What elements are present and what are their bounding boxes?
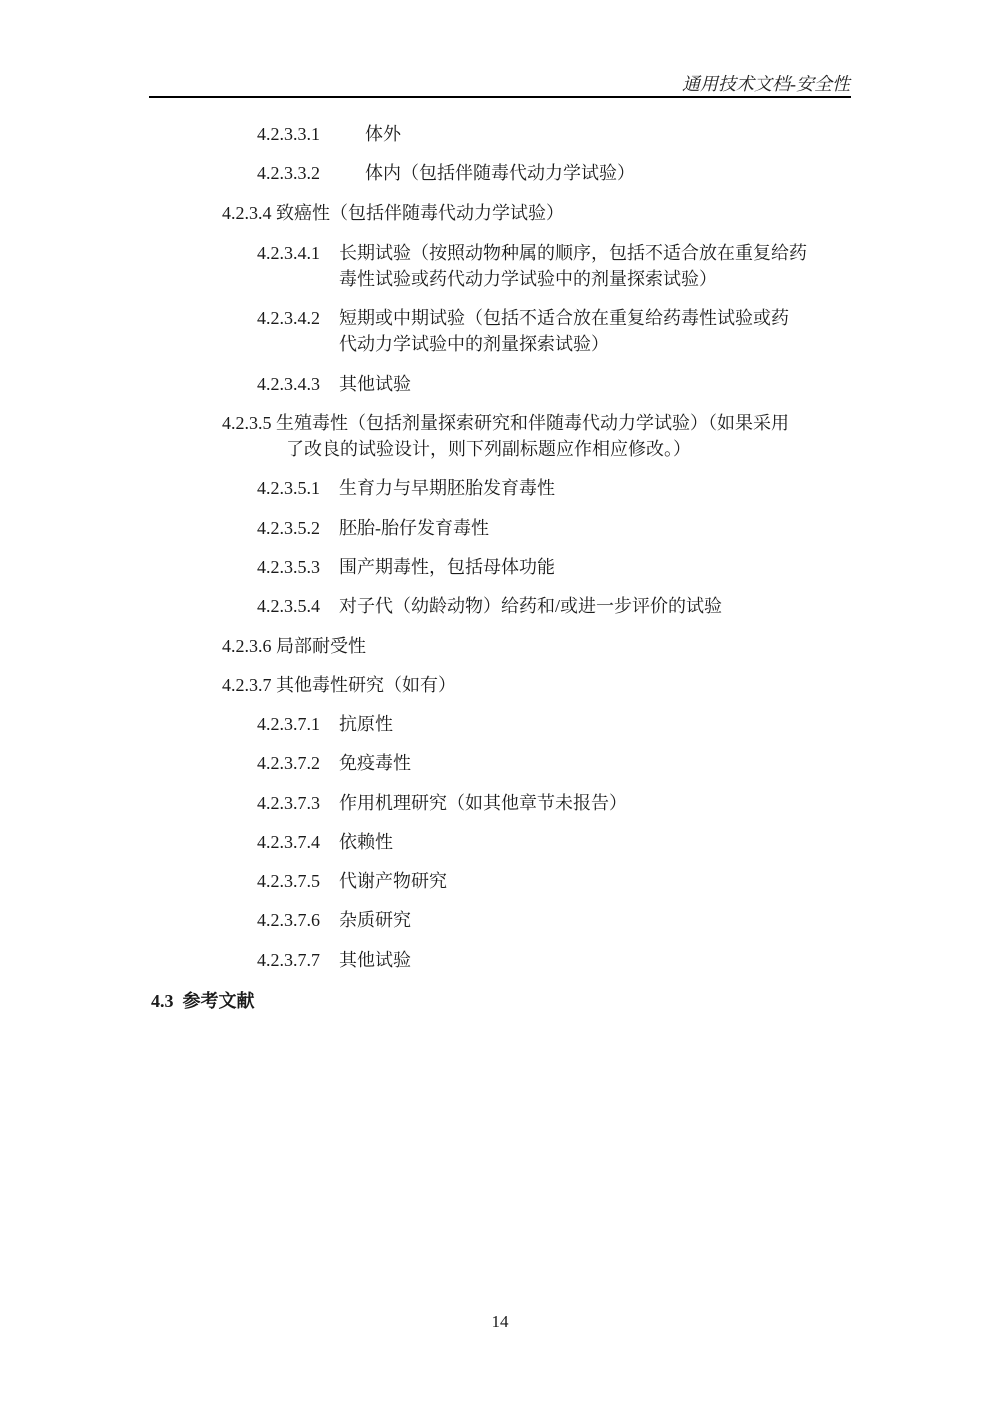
outline-text-continuation: 代动力学试验中的剂量探索试验）	[339, 331, 609, 357]
outline-item: 4.2.3.4.3其他试验	[257, 371, 411, 397]
outline-number: 4.2.3.6	[222, 636, 272, 656]
outline-text: 胚胎-胎仔发育毒性	[339, 518, 489, 538]
outline-number: 4.2.3.4.3	[257, 371, 339, 397]
outline-text: 致癌性（包括伴随毒代动力学试验）	[276, 203, 564, 223]
outline-text: 短期或中期试验（包括不适合放在重复给药毒性试验或药	[339, 308, 789, 328]
outline-item: 4.2.3.7.6杂质研究	[257, 907, 411, 933]
section-title: 参考文献	[183, 991, 255, 1011]
outline-number: 4.2.3.5.1	[257, 475, 339, 501]
outline-number: 4.2.3.3.1	[257, 121, 365, 147]
outline-item: 4.2.3.6 局部耐受性	[222, 633, 366, 659]
outline-number: 4.2.3.7.4	[257, 829, 339, 855]
outline-text: 体内（包括伴随毒代动力学试验）	[365, 163, 635, 183]
outline-item: 4.2.3.7.2免疫毒性	[257, 750, 411, 776]
outline-item: 4.2.3.7.3作用机理研究（如其他章节未报告）	[257, 790, 627, 816]
outline-text: 杂质研究	[339, 910, 411, 930]
outline-item: 4.2.3.4.2短期或中期试验（包括不适合放在重复给药毒性试验或药	[257, 305, 789, 331]
outline-item: 4.2.3.7.1抗原性	[257, 711, 393, 737]
section-number: 4.3	[151, 991, 174, 1011]
outline-number: 4.2.3.7.7	[257, 947, 339, 973]
outline-text: 对子代（幼龄动物）给药和/或进一步评价的试验	[339, 596, 722, 616]
outline-text: 其他毒性研究（如有）	[276, 675, 456, 695]
outline-number: 4.2.3.7	[222, 675, 272, 695]
outline-number: 4.2.3.5	[222, 413, 272, 433]
outline-item: 4.2.3.5.1生育力与早期胚胎发育毒性	[257, 475, 555, 501]
outline-item: 4.2.3.7.5代谢产物研究	[257, 868, 447, 894]
outline-number: 4.2.3.5.2	[257, 515, 339, 541]
outline-item: 4.2.3.4 致癌性（包括伴随毒代动力学试验）	[222, 200, 564, 226]
outline-number: 4.2.3.4	[222, 203, 272, 223]
outline-number: 4.2.3.4.2	[257, 305, 339, 331]
outline-number: 4.2.3.3.2	[257, 160, 365, 186]
outline-text: 局部耐受性	[276, 636, 366, 656]
outline-text: 抗原性	[339, 714, 393, 734]
outline-item: 4.2.3.3.1体外	[257, 121, 401, 147]
outline-text: 代谢产物研究	[339, 871, 447, 891]
outline-text-continuation: 了改良的试验设计，则下列副标题应作相应修改。）	[286, 436, 691, 462]
outline-item: 4.2.3.7.4依赖性	[257, 829, 393, 855]
outline-item: 4.2.3.4.1长期试验（按照动物种属的顺序，包括不适合放在重复给药	[257, 240, 807, 266]
outline-item: 4.2.3.5.4对子代（幼龄动物）给药和/或进一步评价的试验	[257, 593, 722, 619]
outline-number: 4.2.3.7.3	[257, 790, 339, 816]
outline-text: 免疫毒性	[339, 753, 411, 773]
outline-text: 作用机理研究（如其他章节未报告）	[339, 793, 627, 813]
outline-item: 4.2.3.3.2体内（包括伴随毒代动力学试验）	[257, 160, 635, 186]
outline-text: 依赖性	[339, 832, 393, 852]
outline-number: 4.2.3.7.2	[257, 750, 339, 776]
outline-number: 4.2.3.7.6	[257, 907, 339, 933]
outline-text: 围产期毒性，包括母体功能	[339, 557, 555, 577]
outline-text: 体外	[365, 124, 401, 144]
outline-text: 长期试验（按照动物种属的顺序，包括不适合放在重复给药	[339, 243, 807, 263]
outline-item: 4.2.3.7.7其他试验	[257, 947, 411, 973]
outline-text: 其他试验	[339, 950, 411, 970]
header-divider	[149, 96, 851, 98]
outline-text: 其他试验	[339, 374, 411, 394]
outline-item: 4.2.3.5.2胚胎-胎仔发育毒性	[257, 515, 489, 541]
outline-number: 4.2.3.5.3	[257, 554, 339, 580]
outline-number: 4.2.3.7.1	[257, 711, 339, 737]
outline-item: 4.2.3.5.3围产期毒性，包括母体功能	[257, 554, 555, 580]
running-header-title: 通用技术文档-安全性	[682, 70, 850, 96]
outline-number: 4.2.3.5.4	[257, 593, 339, 619]
section-heading: 4.3 参考文献	[151, 988, 255, 1014]
outline-text: 生殖毒性（包括剂量探索研究和伴随毒代动力学试验）（如果采用	[276, 413, 789, 433]
outline-item: 4.2.3.7 其他毒性研究（如有）	[222, 672, 456, 698]
outline-number: 4.2.3.7.5	[257, 868, 339, 894]
outline-text: 生育力与早期胚胎发育毒性	[339, 478, 555, 498]
outline-number: 4.2.3.4.1	[257, 240, 339, 266]
page-number: 14	[0, 1312, 1000, 1332]
outline-text-continuation: 毒性试验或药代动力学试验中的剂量探索试验）	[339, 266, 717, 292]
outline-item: 4.2.3.5 生殖毒性（包括剂量探索研究和伴随毒代动力学试验）（如果采用	[222, 410, 789, 436]
